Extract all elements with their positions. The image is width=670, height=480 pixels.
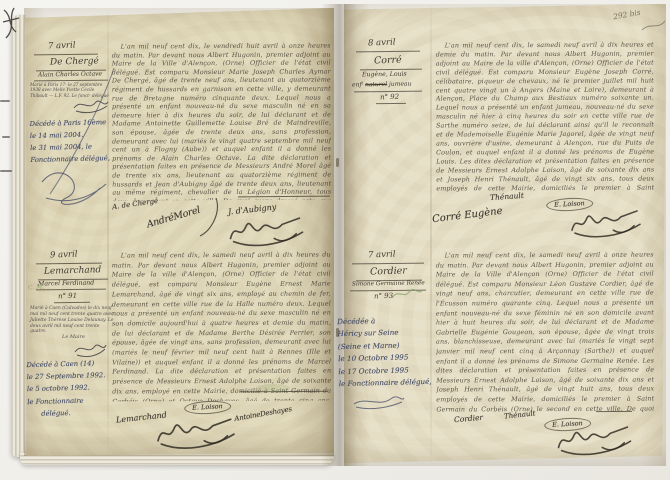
death-annotation-signature-flourish	[350, 394, 406, 410]
binding-stitch	[336, 158, 339, 167]
register-scan: 7 avril De Chergé Alain Charles Octave M…	[0, 0, 670, 480]
margin-surname: Corré	[374, 55, 402, 67]
child-note-prefix: enfᵗ	[352, 81, 363, 88]
edge-ink-mark	[0, 100, 10, 102]
book-fore-edge	[12, 15, 26, 457]
edge-ink-mark	[2, 136, 10, 138]
marriage-annotation: Marié à Caen (Calvados) le dix neuf mai …	[30, 306, 114, 335]
officer-signature-flourish	[224, 215, 309, 251]
pencil-smudge	[256, 384, 290, 392]
margin-surname: Cordier	[370, 265, 407, 277]
witness-signature: E. Loison	[184, 400, 231, 415]
margin-date: 7 avril	[368, 250, 396, 261]
margin-given-names: Marcel Ferdinand	[38, 280, 94, 288]
edge-ink-scribble	[2, 6, 22, 40]
margin-date: 9 avril	[50, 250, 78, 261]
officer-signature-flourish	[566, 208, 646, 242]
birth-act-text: L'an mil neuf cent dix, le vendredi huit…	[112, 42, 332, 201]
margin-child-note: enfᵗ naturel jumeau	[352, 80, 412, 88]
birth-act-text: L'an mil neuf cent dix, le samedi neuf a…	[112, 251, 332, 402]
margin-act-number: n° 92	[380, 93, 399, 102]
child-note-suffix: jumeau	[389, 80, 412, 87]
death-annotation: Décédé à Caen (14) le 27 Septembre 1992.…	[26, 357, 117, 420]
birth-act-paragraph: L'an mil neuf cent dix, le vendredi huit…	[112, 42, 332, 201]
birth-act-text: L'an mil neuf cent dix, le samedi neuf a…	[436, 251, 655, 414]
death-annotation: Décédée à Héricy sur Seine (Seine et Mar…	[337, 314, 435, 391]
pencil-annotation: C. M.	[28, 283, 45, 291]
margin-date: 7 avril	[48, 41, 76, 52]
witness-signature-circled: E. Loison	[184, 393, 232, 415]
pencil-scribble	[390, 286, 424, 302]
margin-act-number: n° 91	[58, 292, 77, 301]
margin-date: 8 avril	[368, 38, 396, 49]
birth-act-paragraph: L'an mil neuf cent dix, le samedi neuf a…	[112, 251, 332, 402]
witness-signature-flourish	[198, 196, 220, 238]
annotation-signature-flourish	[72, 340, 108, 358]
margin-given-names: Eugène, Louis	[362, 71, 407, 79]
birth-act-text: L'an mil neuf cent dix, le samedi neuf a…	[436, 41, 655, 194]
birth-act-paragraph: L'an mil neuf cent dix, le samedi neuf a…	[436, 251, 655, 414]
child-note-struck-word: naturel	[365, 81, 387, 88]
margin-surname: Lemarchand	[44, 265, 102, 276]
officer-signature-flourish	[150, 416, 242, 454]
folio-flourish	[640, 20, 666, 32]
birth-act-paragraph: L'an mil neuf cent dix, le samedi neuf a…	[436, 41, 655, 194]
death-annotation-signature-flourish	[36, 62, 118, 210]
edge-ink-mark	[0, 170, 12, 172]
officer-signature-flourish	[552, 424, 637, 460]
